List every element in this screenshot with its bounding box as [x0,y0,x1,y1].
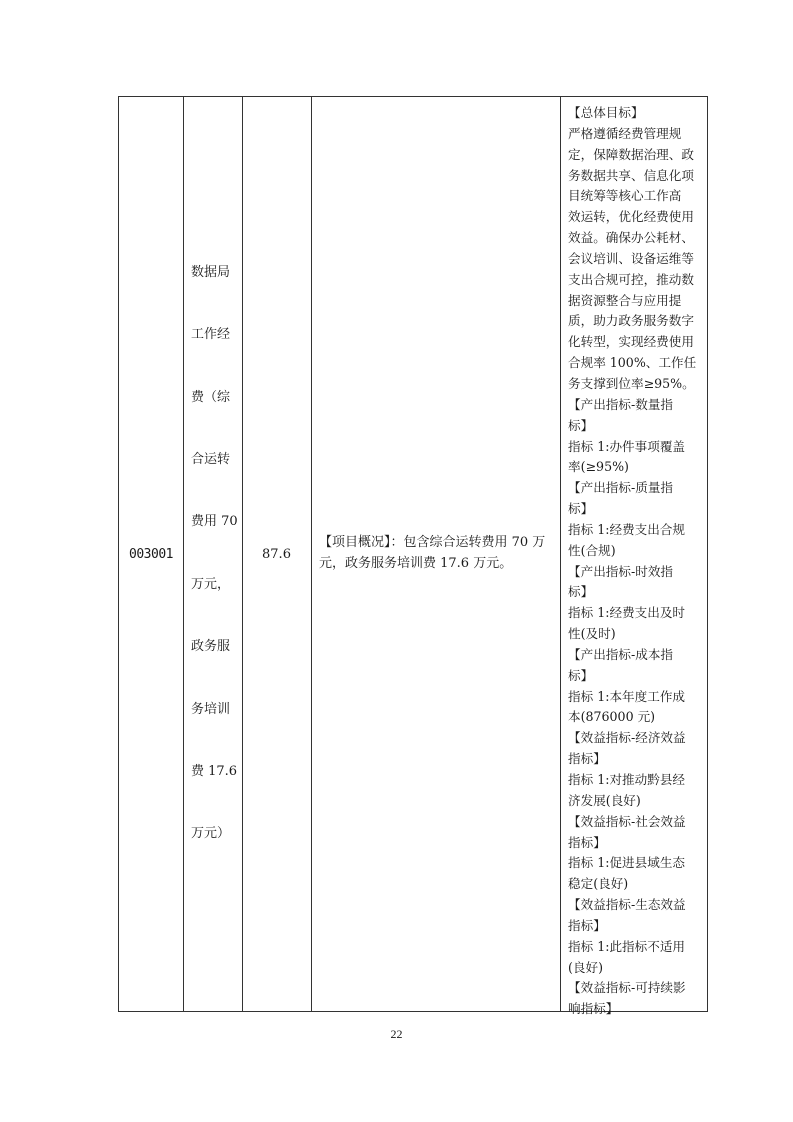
project-name-line: 政务服 [191,637,238,658]
indicator-heading: 标】 [568,499,696,520]
amount-cell: 87.6 [242,97,311,1011]
overview-cell: 【项目概况】：包含综合运转费用 70 万 元，政务服务培训费 17.6 万元。 [311,97,560,1011]
indicator-heading: 【效益指标-生态效益 [568,895,696,916]
indicator-line: 指标 1:办件事项覆盖 [568,437,696,458]
budget-table: 003001 数据局 工作经 费（综 合运转 费用 70 万元， 政务服 务培训… [118,96,708,1012]
project-name-line: 万元） [191,824,238,845]
indicator-heading: 【效益指标-可持续影 [568,978,696,999]
project-name-line: 工作经 [191,325,238,346]
page-number: 22 [0,1027,793,1042]
indicator-heading: 指标】 [568,916,696,937]
goal-line: 化转型，实现经费使用 [568,332,696,353]
goal-line: 效益。确保办公耗材、 [568,228,696,249]
indicator-heading: 指标】 [568,749,696,770]
goal-line: 目统筹等核心工作高 [568,186,696,207]
indicator-line: 指标 1:经费支出合规 [568,520,696,541]
project-name-line: 费（综 [191,388,238,409]
goal-line: 效运转，优化经费使用 [568,207,696,228]
project-overview: 【项目概况】：包含综合运转费用 70 万 元，政务服务培训费 17.6 万元。 [319,533,545,575]
project-code: 003001 [129,547,173,562]
indicator-line: 指标 1:经费支出及时 [568,603,696,624]
goal-line: 务数据共享、信息化项 [568,166,696,187]
project-name-line: 费 17.6 [191,762,238,783]
project-name-line: 合运转 [191,450,238,471]
indicator-line: (良好) [568,958,696,979]
performance-goals: 【总体目标】 严格遵循经费管理规 定，保障数据治理、政 务数据共享、信息化项 目… [568,103,696,1020]
performance-goals-cell: 【总体目标】 严格遵循经费管理规 定，保障数据治理、政 务数据共享、信息化项 目… [560,97,709,1011]
project-name-line: 数据局 [191,263,238,284]
indicator-line: 指标 1:对推动黔县经 [568,770,696,791]
project-name-line: 费用 70 [191,512,238,533]
project-code-cell: 003001 [119,97,183,1011]
indicator-line: 指标 1:本年度工作成 [568,687,696,708]
project-name-line: 万元， [191,575,238,596]
indicator-heading: 标】 [568,582,696,603]
amount-value: 87.6 [262,547,291,562]
indicator-heading: 【效益指标-社会效益 [568,812,696,833]
indicator-heading: 标】 [568,666,696,687]
indicator-line: 本(876000 元) [568,707,696,728]
goal-line: 会议培训、设备运维等 [568,249,696,270]
project-name-line: 务培训 [191,700,238,721]
indicator-heading: 标】 [568,416,696,437]
indicator-heading: 【产出指标-数量指 [568,395,696,416]
indicator-line: 稳定(良好) [568,874,696,895]
indicator-heading: 【产出指标-质量指 [568,478,696,499]
indicator-heading: 响指标】 [568,999,696,1020]
goal-line: 定，保障数据治理、政 [568,145,696,166]
indicator-heading: 【效益指标-经济效益 [568,728,696,749]
indicator-line: 指标 1:促进县域生态 [568,853,696,874]
indicator-line: 率(≥95%) [568,457,696,478]
goal-heading: 【总体目标】 [568,103,696,124]
overview-line: 【项目概况】：包含综合运转费用 70 万 [319,533,545,554]
indicator-heading: 指标】 [568,833,696,854]
overview-line: 元，政务服务培训费 17.6 万元。 [319,554,545,575]
indicator-heading: 【产出指标-成本指 [568,645,696,666]
indicator-line: 济发展(良好) [568,791,696,812]
goal-line: 质，助力政务服务数字 [568,311,696,332]
indicator-heading: 【产出指标-时效指 [568,562,696,583]
goal-line: 严格遵循经费管理规 [568,124,696,145]
project-name-cell: 数据局 工作经 费（综 合运转 费用 70 万元， 政务服 务培训 费 17.6… [183,97,242,1011]
goal-line: 合规率 100%、工作任 [568,353,696,374]
indicator-line: 性(合规) [568,541,696,562]
indicator-line: 性(及时) [568,624,696,645]
goal-line: 支出合规可控，推动数 [568,270,696,291]
goal-line: 务支撑到位率≥95%。 [568,374,696,395]
indicator-line: 指标 1:此指标不适用 [568,937,696,958]
project-name: 数据局 工作经 费（综 合运转 费用 70 万元， 政务服 务培训 费 17.6… [191,221,238,887]
goal-line: 据资源整合与应用提 [568,291,696,312]
